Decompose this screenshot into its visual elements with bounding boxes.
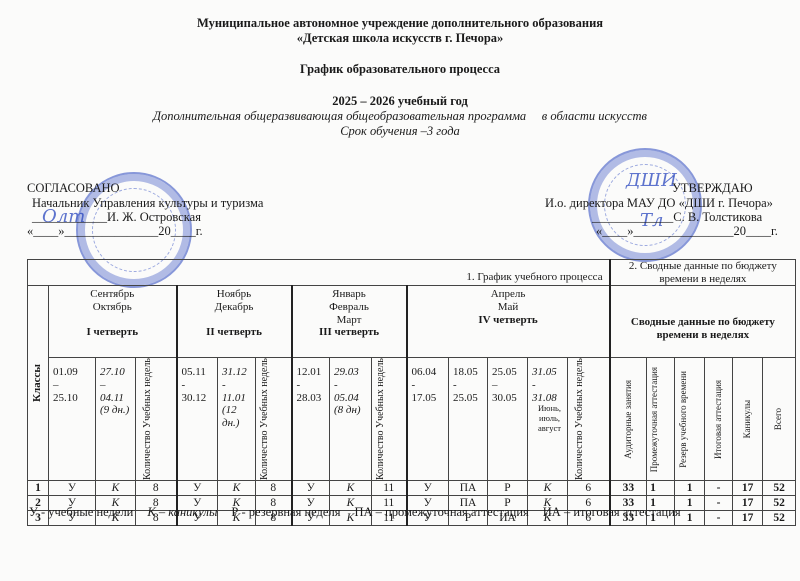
summary-cell: 17 [733,481,763,496]
weeks-count-header: Количество Учебных недель [256,358,292,481]
schedule-cell: У [49,481,96,496]
summary-cell: 52 [763,481,796,496]
legend-item: ИА – итоговая аттестация [543,505,681,519]
legend-item: У - учебные недели [29,505,133,519]
schedule-cell: У [292,481,330,496]
schedule-cell: К [528,481,568,496]
schedule-cell: К [330,481,372,496]
document-title: График образовательного процесса [0,62,800,77]
quarter-4-header: АпрельМайIV четверть [407,286,610,358]
quarter-3-header: ЯнварьФевральМартIII четверть [292,286,407,358]
period-cell: 25.05–30.05 [488,358,528,481]
schedule-cell: ПА [449,481,488,496]
period-cell: 18.05-25.05 [449,358,488,481]
schedule-cell: К [96,481,136,496]
summary-cell: - [705,511,733,526]
section2-subtitle: Сводные данные по бюджету времени в неде… [610,286,796,358]
period-cell: 12.01-28.03 [292,358,330,481]
summary-cell: - [705,496,733,511]
weeks-count-header: Количество Учебных недель [136,358,177,481]
schedule-cell: 8 [136,481,177,496]
period-cell-holiday: 29.03-05.04(8 дн) [330,358,372,481]
approval-right-name: _____________С. В. Толстикова [592,210,762,225]
summary-header-reserve: Резерв учебного времени [675,358,705,481]
summary-cell: 17 [733,496,763,511]
summary-header-classroom: Аудиторные занятия [610,358,647,481]
org-name-line2: «Детская школа искусств г. Печора» [0,31,800,46]
section1-title: 1. График учебного процесса [28,260,610,286]
program-name: Дополнительная общеразвивающая общеобраз… [0,109,800,124]
section2-title: 2. Сводные данные по бюджету времени в н… [610,260,796,286]
summary-cell: 1 [675,481,705,496]
schedule-cell: 11 [372,481,407,496]
summary-cell: 17 [733,511,763,526]
period-cell: 05.11-30.12 [177,358,218,481]
approval-right-position: И.о. директора МАУ ДО «ДШИ г. Печора» [545,196,773,211]
approval-left-name: ____________И. Ж. Островская [32,210,201,225]
schedule-cell: У [177,481,218,496]
schedule-table: 1. График учебного процесса 2. Сводные д… [27,259,796,526]
legend: У - учебные неделиК – каникулыР - резерв… [29,505,695,520]
weeks-count-header: Количество Учебных недель [372,358,407,481]
approval-right-title: УТВЕРЖДАЮ [672,181,753,196]
academic-year: 2025 – 2026 учебный год [0,94,800,109]
approval-left-position: Начальник Управления культуры и туризма [32,196,263,211]
period-cell-holiday: 27.10–04.11(9 дн.) [96,358,136,481]
quarter-1-header: СентябрьОктябрьI четверть [49,286,177,358]
summary-cell: 52 [763,496,796,511]
legend-item: Р - резервная неделя [231,505,340,519]
summary-header-final: Итоговая аттестация [705,358,733,481]
study-duration: Срок обучения –3 года [0,124,800,139]
quarter-2-header: НоябрьДекабрьII четверть [177,286,292,358]
summary-header-holidays: Каникулы [733,358,763,481]
schedule-cell: 6 [568,481,610,496]
schedule-cell: Р [488,481,528,496]
legend-item: К – каникулы [147,505,217,519]
period-cell-summer: 31.05-31.08Июнь, июль, август [528,358,568,481]
approval-left-title: СОГЛАСОВАНО [27,181,120,196]
schedule-cell: У [407,481,449,496]
schedule-cell: 8 [256,481,292,496]
summary-cell: 33 [610,481,647,496]
summary-header-interim: Промежуточная аттестация [647,358,675,481]
approval-left-date: «____»_______________20____г. [27,224,203,239]
class-number: 1 [28,481,49,496]
org-name-line1: Муниципальное автономное учреждение допо… [0,16,800,31]
summary-cell: - [705,481,733,496]
schedule-cell: К [218,481,256,496]
stamp-logo-text: ДШИ [626,170,677,191]
summary-header-total: Всего [763,358,796,481]
weeks-count-header: Количество Учебных недель [568,358,610,481]
classes-header: Классы [28,286,49,481]
period-cell: 06.04-17.05 [407,358,449,481]
summary-cell: 52 [763,511,796,526]
summary-cell: 1 [647,481,675,496]
table-row: 1УК8УК8УК11УПАРК63311-1752 [28,481,796,496]
period-cell: 01.09–25.10 [49,358,96,481]
legend-item: ПА – промежуточная аттестация [354,505,528,519]
approval-right-date: «____»________________20____г. [596,224,778,239]
period-cell-holiday: 31.12-11.01(12 дн.) [218,358,256,481]
